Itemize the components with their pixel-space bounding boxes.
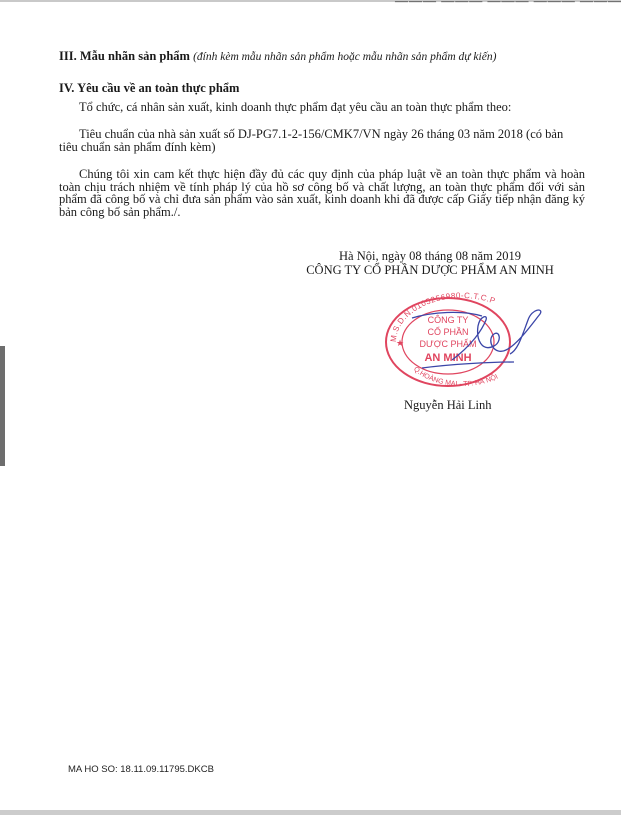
section-4-title: IV. Yêu cầu về an toàn thực phẩm <box>59 81 239 96</box>
previous-page-cutoff-text: ——— ——— ——— ——— ——— <box>395 0 621 9</box>
svg-text:★: ★ <box>396 338 404 348</box>
stamp-line-2: CỔ PHẦN <box>427 326 468 337</box>
stamp-line-1: CÔNG TY <box>428 315 469 325</box>
stamp-line-3: DƯỢC PHẨM <box>420 338 477 349</box>
page-bottom-divider <box>0 810 621 815</box>
signer-name: Nguyễn Hải Linh <box>404 398 491 413</box>
place-date: Hà Nội, ngày 08 tháng 08 năm 2019 <box>280 250 580 263</box>
scrollbar-thumb[interactable] <box>0 346 5 466</box>
section-3-heading: III. Mẫu nhãn sản phẩm (đính kèm mẫu nhã… <box>59 49 496 64</box>
section-3-title: III. Mẫu nhãn sản phẩm <box>59 49 190 63</box>
paragraph-1: Tổ chức, cá nhân sản xuất, kinh doanh th… <box>59 101 585 114</box>
paragraph-2: Tiêu chuẩn của nhà sản xuất số DJ-PG7.1-… <box>59 128 585 153</box>
company-name: CÔNG TY CỔ PHẦN DƯỢC PHẨM AN MINH <box>280 264 580 277</box>
company-stamp-icon: M.S.D.N.0105256980-C.T.C.P Q.HOÀNG MAI -… <box>382 290 542 390</box>
section-3-note: (đính kèm mẫu nhãn sản phẩm hoặc mẫu nhã… <box>193 51 496 63</box>
paragraph-3: Chúng tôi xin cam kết thực hiện đầy đủ c… <box>59 168 585 218</box>
file-code: MA HO SO: 18.11.09.11795.DKCB <box>68 764 214 775</box>
stamp-line-4: AN MINH <box>424 352 471 364</box>
